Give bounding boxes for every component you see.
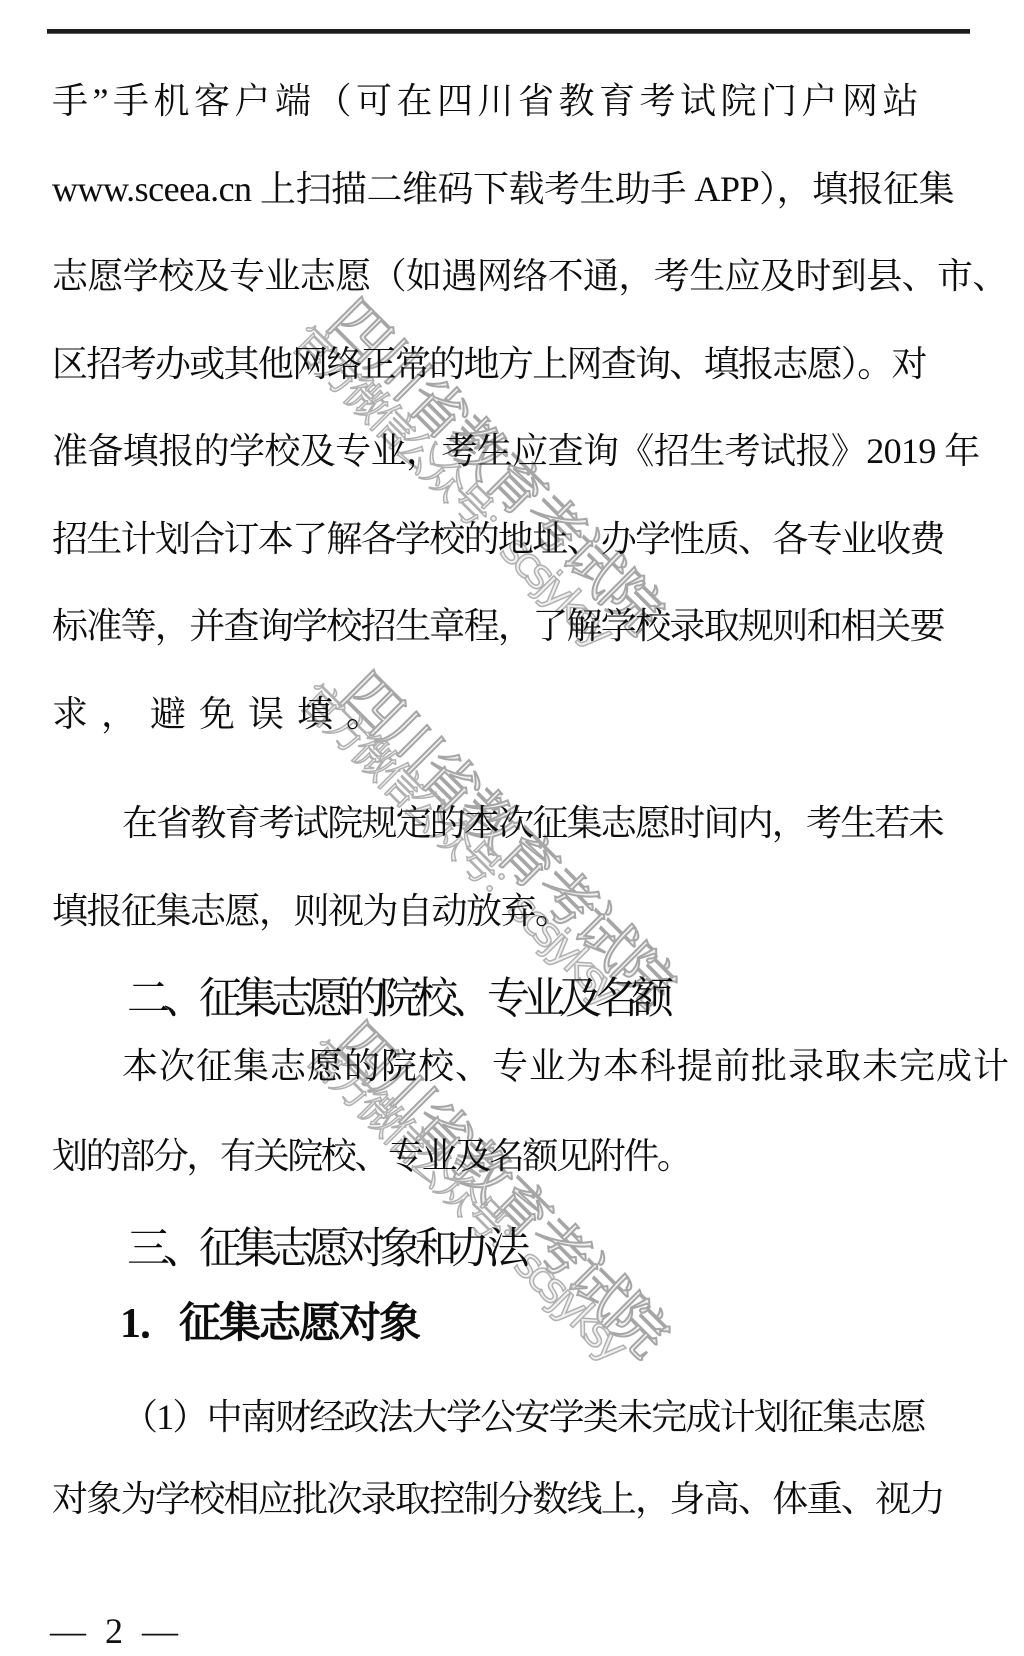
body-text: 手”手机客户端（可在四川省教育考试院门户网站 www.sceea.cn 上扫描二… [0,0,1024,1656]
body-line: 手”手机客户端（可在四川省教育考试院门户网站 [52,78,1008,125]
body-line: 填报征集志愿，则视为自动放弃。 [52,888,1008,935]
body-line: 在省教育考试院规定的本次征集志愿时间内，考生若未 [52,800,1024,847]
body-line: 招生计划合订本了解各学校的地址、办学性质、各专业收费 [52,516,1008,563]
body-line: （1）中南财经政法大学公安学类未完成计划征集志愿 [52,1394,1024,1441]
page-number: — 2 — [50,1610,183,1652]
body-line: 对象为学校相应批次录取控制分数线上，身高、体重、视力 [52,1476,1008,1523]
section-heading-3: 三、征集志愿对象和办法 [52,1222,1024,1278]
body-line: 求，避免误填。 [52,691,1008,738]
body-line: 划的部分，有关院校、专业及名额见附件。 [52,1133,1008,1180]
section-heading-2: 二、征集志愿的院校、专业及名额 [52,972,1024,1028]
body-line: 标准等，并查询学校招生章程，了解学校录取规则和相关要 [52,603,1008,650]
body-line: 本次征集志愿的院校、专业为本科提前批录取未完成计 [52,1043,1024,1090]
body-line: 区招考办或其他网络正常的地方上网查询、填报志愿）。对 [52,341,1008,388]
body-line: 志愿学校及专业志愿（如遇网络不通，考生应及时到县、市、 [52,253,1008,300]
body-line: www.sceea.cn 上扫描二维码下载考生助手 APP），填报征集 [52,166,1008,213]
subsection-heading-1: 1．征集志愿对象 [52,1297,1024,1352]
body-line: 准备填报的学校及专业，考生应查询《招生考试报》2019 年 [52,428,1008,475]
document-page: 四川省教育考试院 官方微信公众号：scsjyksy 四川省教育考试院 官方微信公… [0,0,1024,1656]
